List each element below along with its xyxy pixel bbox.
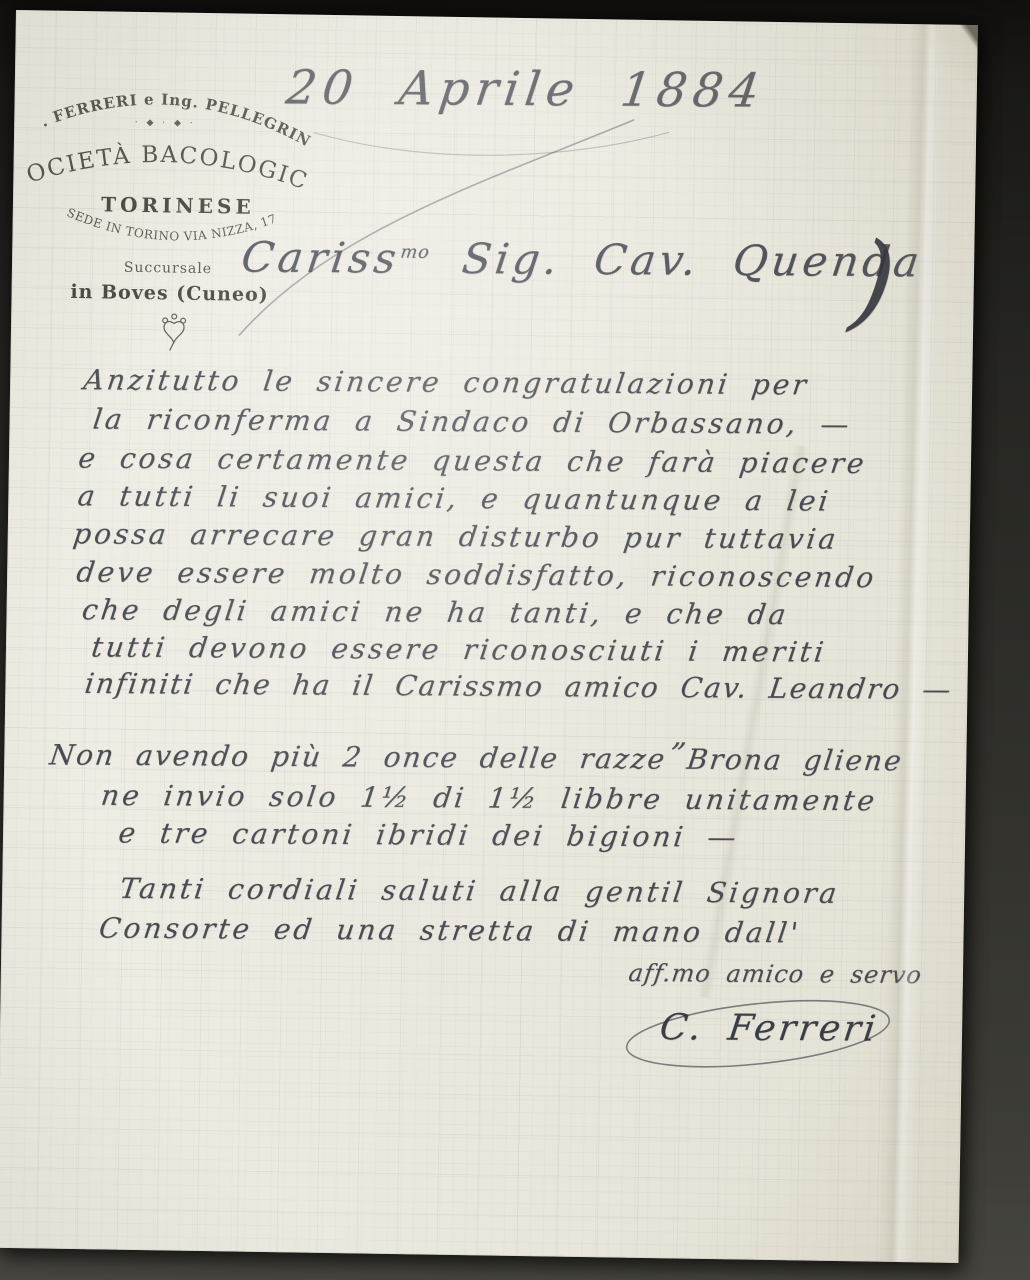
body1-line-1: Anzitutto le sincere congratulazioni per xyxy=(82,363,811,401)
salutation-superscript: mo xyxy=(399,243,431,263)
salutation-line: Carissmo Sig. Cav. Quenda xyxy=(239,233,926,287)
body1-line-8: tutti devono essere riconosciuti i merit… xyxy=(89,631,828,669)
body1-line-6: deve essere molto soddisfatto, riconosce… xyxy=(75,556,879,595)
body2-line-1: Non avendo più 2 once delle razze Brona … xyxy=(48,738,905,777)
signature-text: C. Ferreri xyxy=(657,1007,880,1049)
body1-line-5: possa arrecare gran disturbo pur tuttavi… xyxy=(71,517,840,555)
salutation-pre: Cariss xyxy=(239,233,403,283)
body1-line-2: la riconferma a Sindaco di Orbassano, — xyxy=(91,403,854,441)
photo-background: C. FERRERI e Ing. PELLEGRINO · ◆ · ◆ · S… xyxy=(0,0,1030,1280)
body1-line-3: e cosa certamente questa che farà piacer… xyxy=(76,442,868,480)
body2-line-3: e tre cartoni ibridi dei bigioni — xyxy=(117,816,741,853)
body1-line-7: che degli amici ne ha tanti, e che da xyxy=(80,593,791,631)
body1-line-9: infiniti che ha il Carissmo amico Cav. L… xyxy=(83,667,955,706)
closing-line-1: Tanti cordiali saluti alla gentil Signor… xyxy=(118,872,842,910)
body1-line-4: a tutti li suoi amici, e quantunque a le… xyxy=(76,479,833,517)
body2-line-2: ne invio solo 1½ di 1½ libbre unitamente xyxy=(99,779,879,817)
date-line: 20 Aprile 1884 xyxy=(283,60,768,118)
letter-paper: C. FERRERI e Ing. PELLEGRINO · ◆ · ◆ · S… xyxy=(0,10,978,1263)
closing-line-2: Consorte ed una stretta di mano dall' xyxy=(97,912,802,950)
signature-block: C. Ferreri xyxy=(607,981,908,1082)
